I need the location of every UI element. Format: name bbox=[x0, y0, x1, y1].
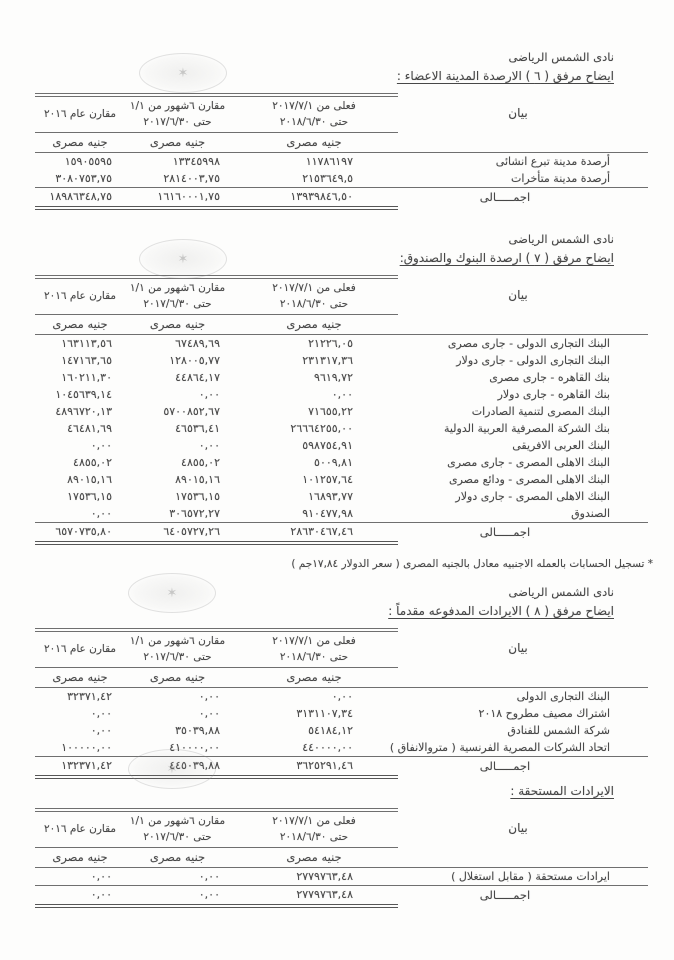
table-row: اشتراك مصيف مطروح ٢٠١٨ ٣١٣١١٠٧,٣٤ ٠,٠٠ ٠… bbox=[35, 705, 648, 722]
value-comp2016: ٠,٠٠ bbox=[35, 505, 125, 522]
row-label: بنك القاهره - جارى مصرى bbox=[398, 369, 648, 386]
spacer-cell bbox=[398, 133, 648, 153]
row-label: أرصدة مدينة تبرع انشائى bbox=[398, 153, 648, 170]
value-comp6: ١٣٣٤٥٩٩٨ bbox=[125, 153, 230, 170]
value-comp6: ١٧٥٣٦,١٥ bbox=[125, 488, 230, 505]
currency-header: جنيه مصرى bbox=[230, 668, 398, 688]
header-line: مقارن ٦شهور من ١/١ bbox=[125, 282, 230, 295]
total-comp6: ١٦١٦٠٠٠١,٧٥ bbox=[125, 187, 230, 210]
actual-period-header: فعلى من ٢٠١٧/٧/١ حتى ٢٠١٨/٦/٣٠ bbox=[230, 808, 398, 848]
currency-row: جنيه مصرى جنيه مصرى جنيه مصرى bbox=[35, 315, 648, 335]
comparative-2016-header: مقارن عام ٢٠١٦ bbox=[35, 628, 125, 668]
currency-header: جنيه مصرى bbox=[125, 668, 230, 688]
value-actual: ١٠١٢٥٧,٦٤ bbox=[230, 471, 398, 488]
note6-section: نادى الشمس الرياضى ايضاح مرفق ( ٦ ) الار… bbox=[0, 0, 674, 208]
scanned-document-page: ✶ ✶ ✶ ✶ نادى الشمس الرياضى ايضاح مرفق ( … bbox=[0, 0, 674, 960]
total-comp6: ٦٤٠٥٧٢٧,٢٦ bbox=[125, 522, 230, 545]
value-comp2016: ١٦٣١١٣,٥٦ bbox=[35, 335, 125, 352]
value-comp2016: ٠,٠٠ bbox=[35, 868, 125, 885]
value-comp2016: ٤٦٤٨١,٦٩ bbox=[35, 420, 125, 437]
table-row: البنك العربى الافريقى ٥٩٨٧٥٤,٩١ ٠,٠٠ ٠,٠… bbox=[35, 437, 648, 454]
actual-period-header: فعلى من ٢٠١٧/٧/١ حتى ٢٠١٨/٦/٣٠ bbox=[230, 275, 398, 315]
currency-header: جنيه مصرى bbox=[230, 848, 398, 868]
total-label: اجمـــــالى bbox=[398, 187, 648, 210]
value-actual: ٥٠٠٩,٨١ bbox=[230, 454, 398, 471]
value-comp6: ٤٦٥٣٦,٤١ bbox=[125, 420, 230, 437]
row-label: البنك التجارى الدولى - جارى مصرى bbox=[398, 335, 648, 352]
currency-header: جنيه مصرى bbox=[35, 315, 125, 335]
total-actual: ٢٧٧٩٧٦٣,٤٨ bbox=[230, 885, 398, 908]
comparative-2016-header: مقارن عام ٢٠١٦ bbox=[35, 93, 125, 133]
spacer-cell bbox=[398, 668, 648, 688]
comparative-6months-header: مقارن ٦شهور من ١/١ حتى ٢٠١٧/٦/٣٠ bbox=[125, 275, 230, 315]
financial-table: بيان فعلى من ٢٠١٧/٧/١ حتى ٢٠١٨/٦/٣٠ مقار… bbox=[35, 275, 648, 543]
comparative-6months-header: مقارن ٦شهور من ١/١ حتى ٢٠١٧/٦/٣٠ bbox=[125, 628, 230, 668]
table-total-row: اجمـــــالى ٢٨٦٣٠٤٦٧,٤٦ ٦٤٠٥٧٢٧,٢٦ ٦٥٧٠٧… bbox=[35, 522, 648, 543]
row-label: بنك القاهره - جارى دولار bbox=[398, 386, 648, 403]
row-label: ايرادات مستحقة ( مقابل استغلال ) bbox=[398, 868, 648, 885]
value-comp2016: ١٧٥٣٦,١٥ bbox=[35, 488, 125, 505]
table-row: بنك القاهره - جارى دولار ٠,٠٠ ٠,٠٠ ١٠٤٥٦… bbox=[35, 386, 648, 403]
table-header-row: بيان فعلى من ٢٠١٧/٧/١ حتى ٢٠١٨/٦/٣٠ مقار… bbox=[35, 93, 648, 133]
value-comp6: ٣٥٠٣٩,٨٨ bbox=[125, 722, 230, 739]
header-line: حتى ٢٠١٨/٦/٣٠ bbox=[230, 116, 398, 129]
header-line: حتى ٢٠١٨/٦/٣٠ bbox=[230, 651, 398, 664]
header-line: فعلى من ٢٠١٧/٧/١ bbox=[230, 635, 398, 648]
value-comp6: ٠,٠٠ bbox=[125, 386, 230, 403]
stamp-icon: ✶ bbox=[178, 66, 189, 81]
header-line: فعلى من ٢٠١٧/٧/١ bbox=[230, 100, 398, 113]
table-header-row: بيان فعلى من ٢٠١٧/٧/١ حتى ٢٠١٨/٦/٣٠ مقار… bbox=[35, 628, 648, 668]
table-row: أرصدة مدينة تبرع انشائى ١١٧٨٦١٩٧ ١٣٣٤٥٩٩… bbox=[35, 153, 648, 170]
club-stamp-watermark: ✶ bbox=[128, 749, 216, 789]
value-comp2016: ٤٨٥٥,٠٢ bbox=[35, 454, 125, 471]
statement-column-header: بيان bbox=[398, 275, 648, 315]
row-label: اتحاد الشركات المصرية الفرنسية ( متروالا… bbox=[398, 739, 648, 756]
value-actual: ٢٦٦٦٤٢٥٥,٠٠ bbox=[230, 420, 398, 437]
total-actual: ١٣٩٣٩٨٤٦,٥٠ bbox=[230, 187, 398, 210]
value-comp2016: ١٦٠٢١١,٣٠ bbox=[35, 369, 125, 386]
total-comp2016: ٦٥٧٠٧٣٥,٨٠ bbox=[35, 522, 125, 545]
value-actual: ٥٤١٨٤,١٢ bbox=[230, 722, 398, 739]
table-row: البنك التجارى الدولى - جارى دولار ٢٣١٣١٧… bbox=[35, 352, 648, 369]
row-label: البنك الاهلى المصرى - جارى دولار bbox=[398, 488, 648, 505]
value-actual: ٢٧٧٩٧٦٣,٤٨ bbox=[230, 868, 398, 885]
value-actual: ١١٧٨٦١٩٧ bbox=[230, 153, 398, 170]
club-name: نادى الشمس الرياضى bbox=[0, 585, 614, 600]
currency-header: جنيه مصرى bbox=[125, 315, 230, 335]
currency-row: جنيه مصرى جنيه مصرى جنيه مصرى bbox=[35, 668, 648, 688]
row-label: البنك الاهلى المصرى - جارى مصرى bbox=[398, 454, 648, 471]
financial-table: بيان فعلى من ٢٠١٧/٧/١ حتى ٢٠١٨/٦/٣٠ مقار… bbox=[35, 628, 648, 777]
table-header-row: بيان فعلى من ٢٠١٧/٧/١ حتى ٢٠١٨/٦/٣٠ مقار… bbox=[35, 275, 648, 315]
header-line: مقارن ٦شهور من ١/١ bbox=[125, 635, 230, 648]
total-actual: ٣٦٢٥٢٩١,٤٦ bbox=[230, 756, 398, 779]
currency-header: جنيه مصرى bbox=[35, 668, 125, 688]
table-total-row: اجمـــــالى ٢٧٧٩٧٦٣,٤٨ ٠,٠٠ ٠,٠٠ bbox=[35, 885, 648, 906]
value-comp2016: ١٥٩٠٥٥٩٥ bbox=[35, 153, 125, 170]
value-comp6: ٦٧٤٨٩,٦٩ bbox=[125, 335, 230, 352]
stamp-icon: ✶ bbox=[178, 252, 189, 267]
statement-column-header: بيان bbox=[398, 93, 648, 133]
value-comp2016: ٠,٠٠ bbox=[35, 722, 125, 739]
stamp-icon: ✶ bbox=[167, 586, 178, 601]
club-name: نادى الشمس الرياضى bbox=[0, 232, 614, 247]
total-label: اجمـــــالى bbox=[398, 756, 648, 779]
total-comp2016: ١٨٩٨٦٣٤٨,٧٥ bbox=[35, 187, 125, 210]
row-label: أرصدة مدينة متأخرات bbox=[398, 170, 648, 187]
header-line: مقارن عام ٢٠١٦ bbox=[35, 643, 125, 656]
section-header: نادى الشمس الرياضى ايضاح مرفق ( ٧ ) ارصد… bbox=[0, 232, 614, 267]
total-comp6: ٠,٠٠ bbox=[125, 885, 230, 908]
value-comp2016: ٤٨٩٦٧٢٠,١٣ bbox=[35, 403, 125, 420]
note7-section: نادى الشمس الرياضى ايضاح مرفق ( ٧ ) ارصد… bbox=[0, 232, 674, 571]
header-line: مقارن عام ٢٠١٦ bbox=[35, 290, 125, 303]
value-actual: ٢٣١٣١٧,٣٦ bbox=[230, 352, 398, 369]
section-header: نادى الشمس الرياضى ايضاح مرفق ( ٦ ) الار… bbox=[0, 50, 614, 85]
value-comp6: ٤٨٥٥,٠٢ bbox=[125, 454, 230, 471]
table-row: البنك المصرى لتنمية الصادرات ٧١٦٥٥,٢٢ ٥٧… bbox=[35, 403, 648, 420]
header-line: مقارن عام ٢٠١٦ bbox=[35, 823, 125, 836]
header-line: فعلى من ٢٠١٧/٧/١ bbox=[230, 815, 398, 828]
header-line: حتى ٢٠١٧/٦/٣٠ bbox=[125, 831, 230, 844]
value-comp6: ٠,٠٠ bbox=[125, 688, 230, 705]
value-actual: ٣١٣١١٠٧,٣٤ bbox=[230, 705, 398, 722]
financial-table: بيان فعلى من ٢٠١٧/٧/١ حتى ٢٠١٨/٦/٣٠ مقار… bbox=[35, 93, 648, 208]
currency-header: جنيه مصرى bbox=[35, 133, 125, 153]
value-actual: ٩٦١٩,٧٢ bbox=[230, 369, 398, 386]
currency-header: جنيه مصرى bbox=[125, 848, 230, 868]
currency-footnote: * تسجيل الحسابات بالعمله الاجنبيه معادل … bbox=[0, 557, 653, 571]
table-row: بنك الشركة المصرفية العربية الدولية ٢٦٦٦… bbox=[35, 420, 648, 437]
spacer-cell bbox=[398, 315, 648, 335]
value-actual: ٤٤٠٠٠٠,٠٠ bbox=[230, 739, 398, 756]
spacer-cell bbox=[398, 848, 648, 868]
value-comp2016: ٨٩٠١٥,١٦ bbox=[35, 471, 125, 488]
section-title: ايضاح مرفق ( ٦ ) الارصدة المدينة الاعضاء… bbox=[0, 68, 614, 85]
stamp-icon: ✶ bbox=[167, 762, 178, 777]
value-actual: ٧١٦٥٥,٢٢ bbox=[230, 403, 398, 420]
row-label: اشتراك مصيف مطروح ٢٠١٨ bbox=[398, 705, 648, 722]
value-actual: ٢١٢٢٦,٠٥ bbox=[230, 335, 398, 352]
actual-period-header: فعلى من ٢٠١٧/٧/١ حتى ٢٠١٨/٦/٣٠ bbox=[230, 628, 398, 668]
header-line: حتى ٢٠١٧/٦/٣٠ bbox=[125, 116, 230, 129]
value-comp6: ٣٠٦٥٧٢,٢٧ bbox=[125, 505, 230, 522]
value-comp2016: ٣٠٨٠٧٥٣,٧٥ bbox=[35, 170, 125, 187]
header-line: مقارن ٦شهور من ١/١ bbox=[125, 100, 230, 113]
comparative-2016-header: مقارن عام ٢٠١٦ bbox=[35, 275, 125, 315]
value-actual: ١٦٨٩٣,٧٧ bbox=[230, 488, 398, 505]
statement-column-header: بيان bbox=[398, 808, 648, 848]
value-actual: ٠,٠٠ bbox=[230, 688, 398, 705]
header-line: حتى ٢٠١٧/٦/٣٠ bbox=[125, 651, 230, 664]
table-row: البنك التجارى الدولى ٠,٠٠ ٠,٠٠ ٣٢٣٧١,٤٢ bbox=[35, 688, 648, 705]
value-actual: ٩١٠٤٧٧,٩٨ bbox=[230, 505, 398, 522]
value-comp6: ٠,٠٠ bbox=[125, 705, 230, 722]
table-total-row: اجمـــــالى ١٣٩٣٩٨٤٦,٥٠ ١٦١٦٠٠٠١,٧٥ ١٨٩٨… bbox=[35, 187, 648, 208]
value-comp6: ٠,٠٠ bbox=[125, 868, 230, 885]
statement-column-header: بيان bbox=[398, 628, 648, 668]
table-total-row: اجمـــــالى ٣٦٢٥٢٩١,٤٦ ٤٤٥٠٣٩,٨٨ ١٣٢٣٧١,… bbox=[35, 756, 648, 777]
currency-header: جنيه مصرى bbox=[230, 315, 398, 335]
table-row: البنك الاهلى المصرى - جارى دولار ١٦٨٩٣,٧… bbox=[35, 488, 648, 505]
club-stamp-watermark: ✶ bbox=[128, 573, 216, 613]
row-label: الصندوق bbox=[398, 505, 648, 522]
section-header: الايرادات المستحقة : bbox=[0, 783, 614, 800]
table-row: بنك القاهره - جارى مصرى ٩٦١٩,٧٢ ٤٤٨٦٤,١٧… bbox=[35, 369, 648, 386]
total-comp2016: ٠,٠٠ bbox=[35, 885, 125, 908]
table-row: البنك الاهلى المصرى - ودائع مصرى ١٠١٢٥٧,… bbox=[35, 471, 648, 488]
comparative-6months-header: مقارن ٦شهور من ١/١ حتى ٢٠١٧/٦/٣٠ bbox=[125, 808, 230, 848]
header-line: حتى ٢٠١٨/٦/٣٠ bbox=[230, 831, 398, 844]
total-comp2016: ١٣٢٣٧١,٤٢ bbox=[35, 756, 125, 779]
value-comp6: ١٢٨٠٠٥,٧٧ bbox=[125, 352, 230, 369]
table-row: الصندوق ٩١٠٤٧٧,٩٨ ٣٠٦٥٧٢,٢٧ ٠,٠٠ bbox=[35, 505, 648, 522]
section-header: نادى الشمس الرياضى ايضاح مرفق ( ٨ ) الاي… bbox=[0, 585, 614, 620]
row-label: البنك التجارى الدولى bbox=[398, 688, 648, 705]
note8-section: نادى الشمس الرياضى ايضاح مرفق ( ٨ ) الاي… bbox=[0, 585, 674, 777]
value-comp6: ٥٧٠٠٨٥٢,٦٧ bbox=[125, 403, 230, 420]
row-label: البنك التجارى الدولى - جارى دولار bbox=[398, 352, 648, 369]
row-label: البنك العربى الافريقى bbox=[398, 437, 648, 454]
value-comp6: ٨٩٠١٥,١٦ bbox=[125, 471, 230, 488]
row-label: شركة الشمس للفنادق bbox=[398, 722, 648, 739]
value-comp2016: ١٠٠٠٠٠,٠٠ bbox=[35, 739, 125, 756]
row-label: البنك الاهلى المصرى - ودائع مصرى bbox=[398, 471, 648, 488]
actual-period-header: فعلى من ٢٠١٧/٧/١ حتى ٢٠١٨/٦/٣٠ bbox=[230, 93, 398, 133]
section-title: الايرادات المستحقة : bbox=[0, 783, 614, 800]
table-row: البنك التجارى الدولى - جارى مصرى ٢١٢٢٦,٠… bbox=[35, 335, 648, 352]
value-comp2016: ١٤٧١٦٣,٦٥ bbox=[35, 352, 125, 369]
section-title: ايضاح مرفق ( ٧ ) ارصدة البنوك والصندوق: bbox=[0, 250, 614, 267]
currency-header: جنيه مصرى bbox=[35, 848, 125, 868]
section-title: ايضاح مرفق ( ٨ ) الايرادات المدفوعه مقدم… bbox=[0, 603, 614, 620]
value-comp6: ٢٨١٤٠٠٣,٧٥ bbox=[125, 170, 230, 187]
accrued-revenues-section: الايرادات المستحقة : بيان فعلى من ٢٠١٧/٧… bbox=[0, 783, 674, 906]
club-name: نادى الشمس الرياضى bbox=[0, 50, 614, 65]
currency-header: جنيه مصرى bbox=[230, 133, 398, 153]
value-comp2016: ٣٢٣٧١,٤٢ bbox=[35, 688, 125, 705]
table-row: اتحاد الشركات المصرية الفرنسية ( متروالا… bbox=[35, 739, 648, 756]
total-actual: ٢٨٦٣٠٤٦٧,٤٦ bbox=[230, 522, 398, 545]
table-row: شركة الشمس للفنادق ٥٤١٨٤,١٢ ٣٥٠٣٩,٨٨ ٠,٠… bbox=[35, 722, 648, 739]
table-row: ايرادات مستحقة ( مقابل استغلال ) ٢٧٧٩٧٦٣… bbox=[35, 868, 648, 885]
header-line: مقارن عام ٢٠١٦ bbox=[35, 108, 125, 121]
club-stamp-watermark: ✶ bbox=[139, 239, 227, 279]
comparative-2016-header: مقارن عام ٢٠١٦ bbox=[35, 808, 125, 848]
row-label: البنك المصرى لتنمية الصادرات bbox=[398, 403, 648, 420]
club-stamp-watermark: ✶ bbox=[139, 53, 227, 93]
header-line: حتى ٢٠١٧/٦/٣٠ bbox=[125, 298, 230, 311]
table-row: البنك الاهلى المصرى - جارى مصرى ٥٠٠٩,٨١ … bbox=[35, 454, 648, 471]
value-actual: ٠,٠٠ bbox=[230, 386, 398, 403]
value-actual: ٥٩٨٧٥٤,٩١ bbox=[230, 437, 398, 454]
header-line: مقارن ٦شهور من ١/١ bbox=[125, 815, 230, 828]
table-row: أرصدة مدينة متأخرات ٢١٥٣٦٤٩,٥ ٢٨١٤٠٠٣,٧٥… bbox=[35, 170, 648, 187]
value-comp6: ٤٤٨٦٤,١٧ bbox=[125, 369, 230, 386]
header-line: حتى ٢٠١٨/٦/٣٠ bbox=[230, 298, 398, 311]
total-label: اجمـــــالى bbox=[398, 522, 648, 545]
header-line: فعلى من ٢٠١٧/٧/١ bbox=[230, 282, 398, 295]
value-comp2016: ٠,٠٠ bbox=[35, 437, 125, 454]
comparative-6months-header: مقارن ٦شهور من ١/١ حتى ٢٠١٧/٦/٣٠ bbox=[125, 93, 230, 133]
row-label: بنك الشركة المصرفية العربية الدولية bbox=[398, 420, 648, 437]
value-comp6: ٠,٠٠ bbox=[125, 437, 230, 454]
currency-header: جنيه مصرى bbox=[125, 133, 230, 153]
financial-table: بيان فعلى من ٢٠١٧/٧/١ حتى ٢٠١٨/٦/٣٠ مقار… bbox=[35, 808, 648, 906]
value-actual: ٢١٥٣٦٤٩,٥ bbox=[230, 170, 398, 187]
value-comp2016: ٠,٠٠ bbox=[35, 705, 125, 722]
currency-row: جنيه مصرى جنيه مصرى جنيه مصرى bbox=[35, 133, 648, 153]
currency-row: جنيه مصرى جنيه مصرى جنيه مصرى bbox=[35, 848, 648, 868]
table-header-row: بيان فعلى من ٢٠١٧/٧/١ حتى ٢٠١٨/٦/٣٠ مقار… bbox=[35, 808, 648, 848]
value-comp2016: ١٠٤٥٦٣٩,١٤ bbox=[35, 386, 125, 403]
total-label: اجمـــــالى bbox=[398, 885, 648, 908]
